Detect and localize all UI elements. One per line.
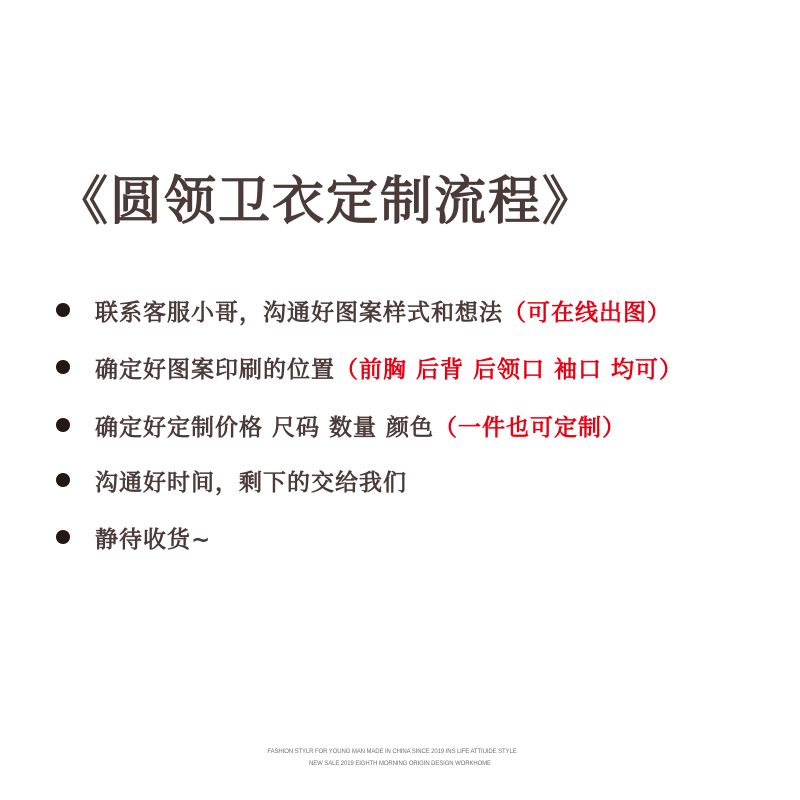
step-text: 确定好图案印刷的位置 [95, 351, 335, 384]
step-note: （前胸 后背 后领口 袖口 均可） [335, 351, 683, 384]
step-text: 静待收货~ [95, 521, 211, 554]
step-item-2: 确定好图案印刷的位置 （前胸 后背 后领口 袖口 均可） [56, 347, 683, 387]
footer-tagline-2: NEW SALE 2019 EIGHTH MORNING ORIGIN DESI… [0, 761, 800, 767]
bullet-icon [56, 473, 70, 487]
footer-tagline-1: FASHION STYLR FOR YOUNG MAN MADE IN CHIN… [0, 749, 792, 755]
step-text: 沟通好时间，剩下的交给我们 [95, 464, 407, 497]
step-item-1: 联系客服小哥，沟通好图案样式和想法 （可在线出图） [56, 290, 671, 330]
bullet-icon [56, 530, 70, 544]
step-item-5: 静待收货~ [56, 517, 211, 557]
step-note: （一件也可定制） [434, 409, 626, 442]
step-item-3: 确定好定制价格 尺码 数量 颜色 （一件也可定制） [56, 405, 626, 445]
page-title: 《圆领卫衣定制流程》 [56, 166, 596, 238]
step-note: （可在线出图） [503, 294, 671, 327]
bullet-icon [56, 360, 70, 374]
step-text: 确定好定制价格 尺码 数量 颜色 [95, 409, 434, 442]
step-item-4: 沟通好时间，剩下的交给我们 [56, 460, 407, 500]
bullet-icon [56, 418, 70, 432]
step-text: 联系客服小哥，沟通好图案样式和想法 [95, 294, 503, 327]
bullet-icon [56, 303, 70, 317]
